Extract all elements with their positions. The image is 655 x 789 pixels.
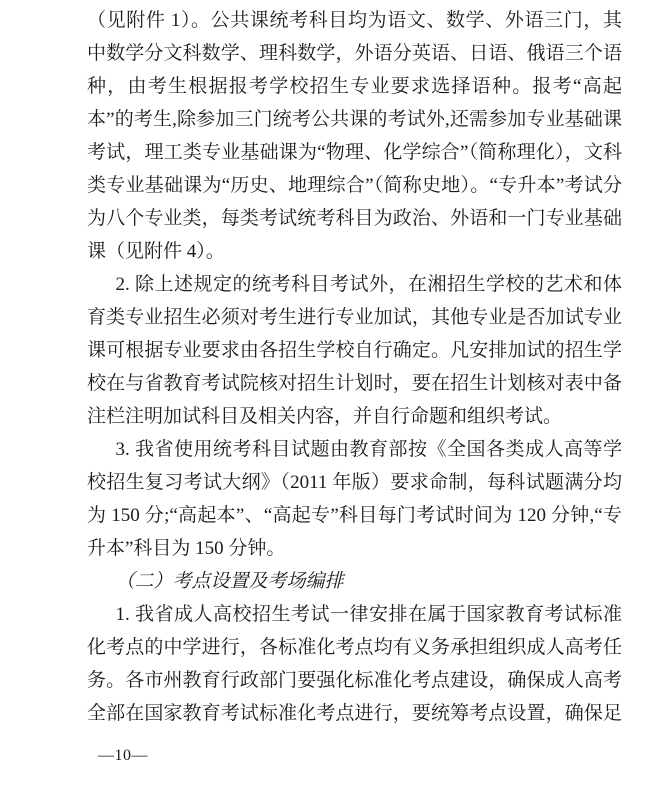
paragraph-item-1: 1. 我省成人高校招生考试一律安排在属于国家教育考试标准化考点的中学进行，各标准… [87,598,622,730]
paragraph-item-2: 2. 除上述规定的统考科目考试外，在湘招生学校的艺术和体育类专业招生必须对考生进… [87,268,622,433]
section-heading: （二）考点设置及考场编排 [87,565,622,598]
text-block: （见附件 1）。公共课统考科目均为语文、数学、外语三门，其中数学分文科数学、理科… [87,4,622,730]
paragraph-continuation: （见附件 1）。公共课统考科目均为语文、数学、外语三门，其中数学分文科数学、理科… [87,4,622,268]
page-number: —10— [98,746,148,766]
document-page: （见附件 1）。公共课统考科目均为语文、数学、外语三门，其中数学分文科数学、理科… [0,0,655,789]
paragraph-item-3: 3. 我省使用统考科目试题由教育部按《全国各类成人高等学校招生复习考试大纲》（2… [87,433,622,565]
